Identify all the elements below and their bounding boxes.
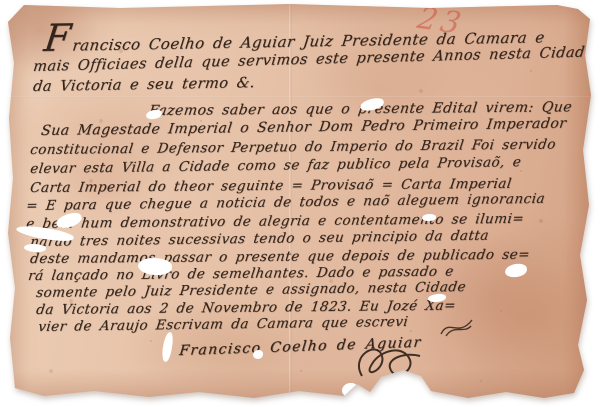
- aged-paper-sheet: Francisco Coelho de Aguiar Juiz Presiden…: [0, 0, 600, 407]
- signature-line: Francisco Coelho de Aguiar: [179, 336, 423, 359]
- manuscript-line: Sua Magestade Imperial o Senhor Dom Pedr…: [40, 117, 567, 138]
- damage-spot: [422, 214, 436, 221]
- archival-number-red: 23: [414, 1, 468, 42]
- paper-sheet-wrapper: Francisco Coelho de Aguiar Juiz Presiden…: [0, 0, 600, 407]
- damage-spot: [253, 350, 263, 359]
- text-layer: Francisco Coelho de Aguiar Juiz Presiden…: [0, 0, 600, 407]
- manuscript-line: da Victoria e seu termo &.: [32, 76, 256, 94]
- foxing-speckles: [0, 0, 2, 2]
- manuscript-line: vier de Araujo Escrivam da Camara que es…: [37, 316, 409, 335]
- damage-spot: [342, 383, 358, 397]
- manuscript-line: narão tres noites sucessivas tendo o seu…: [29, 230, 489, 250]
- manuscript-line: elevar esta Villa a Cidade como se faz p…: [29, 156, 522, 176]
- scanned-manuscript-page: { "document": { "language": "Portuguese"…: [0, 0, 600, 407]
- manuscript-line: deste mandamos passar o presente que dep…: [29, 249, 531, 267]
